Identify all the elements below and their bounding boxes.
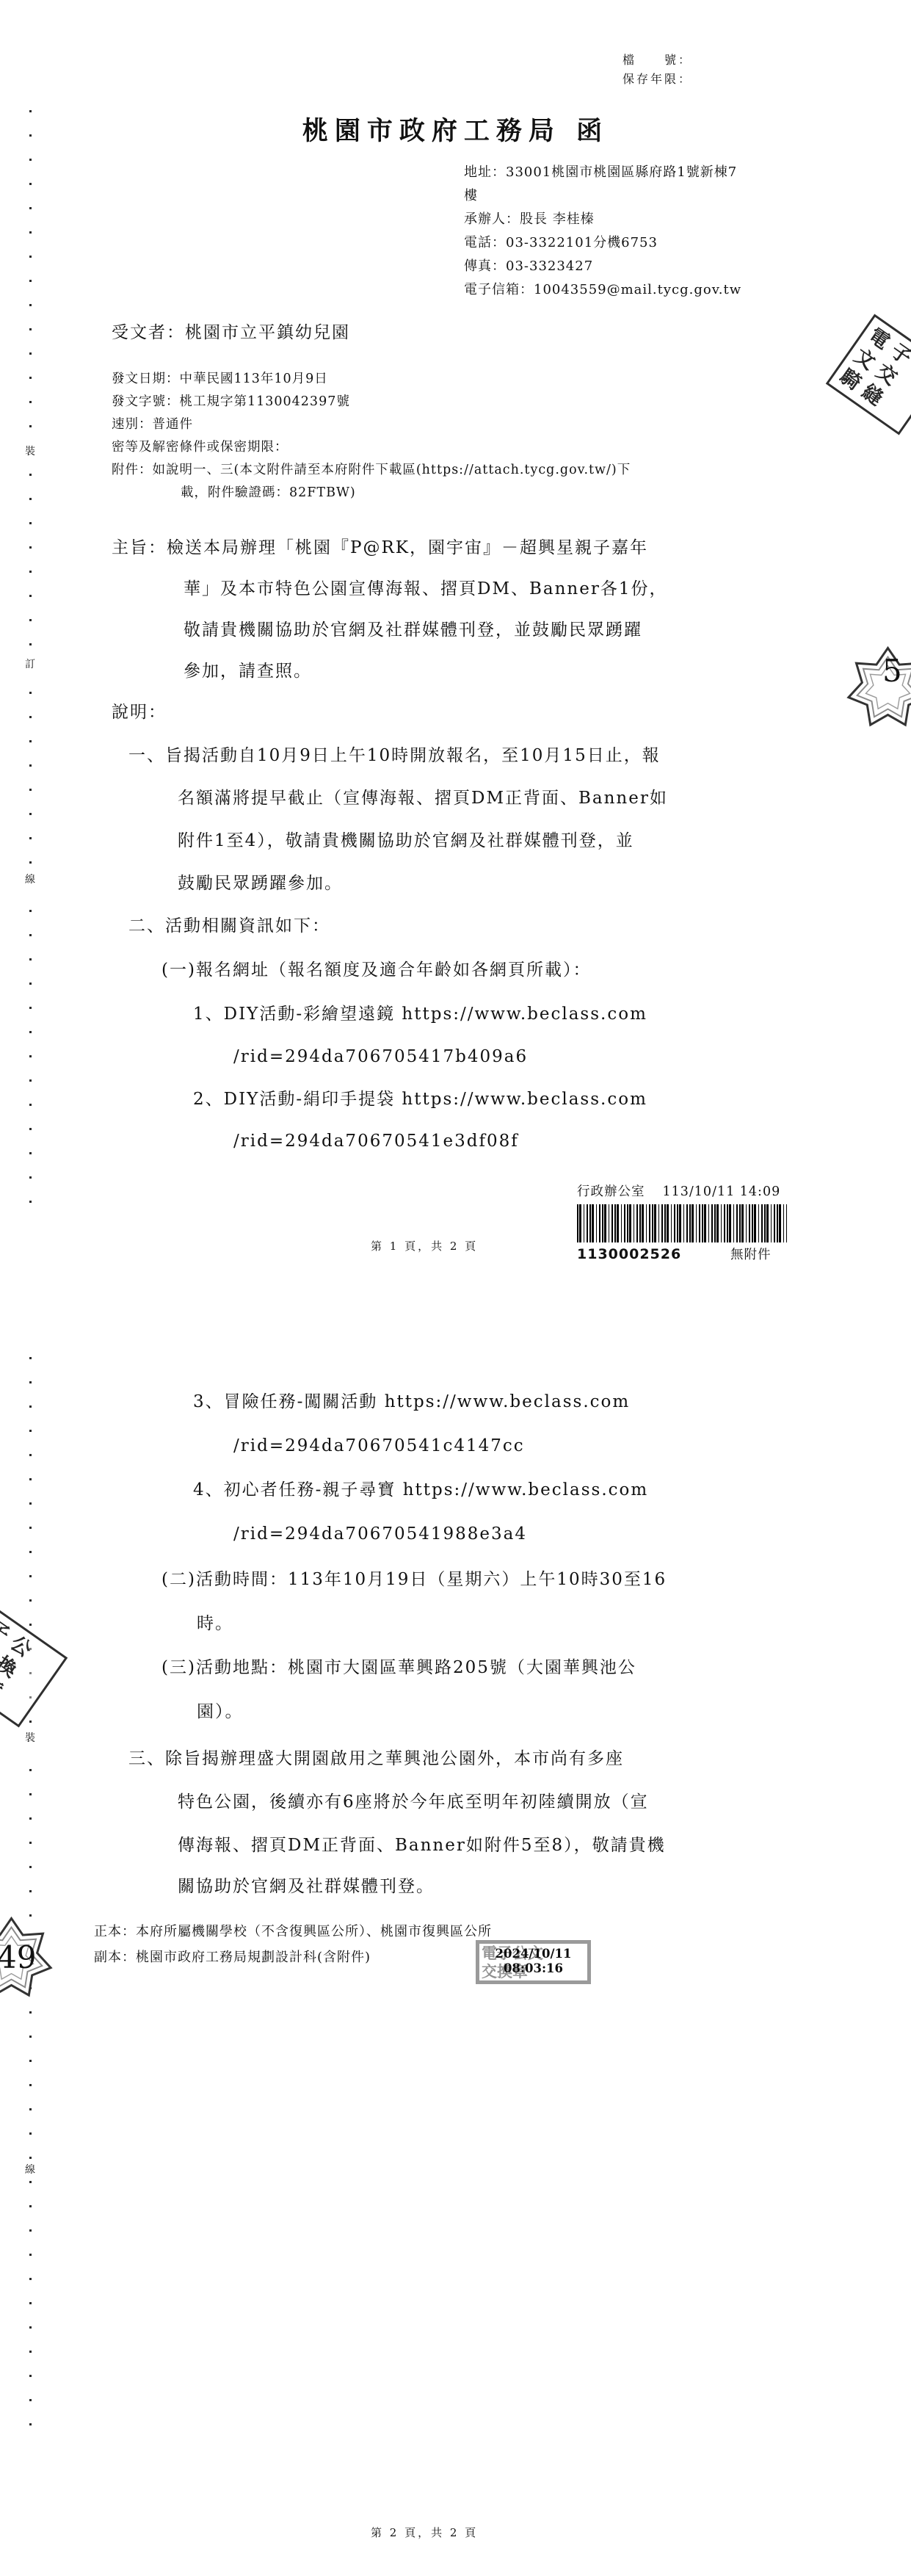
registration-link-line: 4、初心者任務-親子尋寶 https://www.beclass.com [193,1480,648,1501]
sender-email: 電子信箱：10043559@mail.tycg.gov.tw [464,282,741,298]
list-item-line: 特色公園，後續亦有6座將於今年底至明年初陸續開放（宣 [178,1792,649,1813]
registration-link-line: /rid=294da70670541e3df08f [233,1132,519,1152]
sender-fax: 傳真：03-3323427 [464,258,593,275]
list-item-line: 附件1至4），敬請貴機關協助於官網及社群媒體刊登，並 [178,831,634,852]
secrecy-line: 密等及解密條件或保密期限： [112,440,288,455]
speed-class-line: 速別：普通件 [112,417,193,433]
recipient-line: 受文者：桃園市立平鎮幼兒園 [112,323,350,344]
margin-label-binding-p1: 裝 [24,441,36,461]
ride-seam-seal-icon: 電 子 文 交 騎 縫 [826,314,911,435]
stamp-time: 08:03:16 [479,1961,587,1976]
registration-link-line: 3、冒險任務-闖關活動 https://www.beclass.com [193,1392,630,1413]
sender-address-line2: 樓 [464,188,478,204]
list-item-line: (一)報名網址（報名額度及適合年齡如各網頁所載）： [161,960,591,981]
list-item-line: 名額滿將提早截止（宣傳海報、摺頁DM正背面、Banner如 [178,789,668,809]
stamp-date: 2024/10/11 [479,1947,587,1961]
list-item-line: 三、除旨揭辦理盛大開園啟用之華興池公園外，本市尚有多座 [128,1749,624,1770]
footer-office: 行政辦公室 [577,1184,645,1200]
attachment-line1: 附件：如說明一、三(本文附件請至本府附件下載區(https://attach.t… [112,463,631,478]
margin-label-binding-p2: 裝 [24,1727,36,1748]
registration-link-line: 2、DIY活動-絹印手提袋 https://www.beclass.com [193,1090,647,1110]
footer-datetime: 113/10/11 14:09 [663,1184,781,1200]
list-item-line: 二、活動相關資訊如下： [128,916,330,937]
issue-number-line: 發文字號：桃工規字第1130042397號 [112,394,350,410]
document-scan: 裝 訂 線 裝 訂 線 檔 號： 保存年限： 桃園市政府工務局 函 地址：330… [0,0,911,2576]
registration-link-line: /rid=294da706705417b409a6 [233,1047,528,1068]
issue-date-line: 發文日期：中華民國113年10月9日 [112,372,328,387]
electronic-exchange-stamp: 電子公文 交換章 2024/10/11 08:03:16 [476,1940,591,1984]
subject-line: 敬請貴機關協助於官網及社群媒體刊登，並鼓勵民眾踴躍 [184,621,642,641]
margin-label-staple-p1: 訂 [24,654,36,674]
star-seal-icon: 5 [846,646,911,731]
list-item-line: 關協助於官網及社群媒體刊登。 [178,1877,435,1897]
attachment-line2: 載，附件驗證碼：82FTBW) [181,485,356,501]
document-title: 桃園市政府工務局 函 [0,116,911,147]
event-time-line: (二)活動時間：113年10月19日（星期六）上午10時30至16 [161,1570,667,1591]
subject-line: 主旨：檢送本局辦理「桃園『P@RK，園宇宙』－超興星親子嘉年 [112,538,648,559]
list-item-line: 一、旨揭活動自10月9日上午10時開放報名，至10月15日止，報 [128,746,661,767]
list-item-line: 鼓勵民眾踴躍參加。 [178,874,343,894]
star-seal-number: 49 [0,1939,36,1975]
original-copy-line: 正本：本府所屬機關學校（不含復興區公所）、桃園市復興區公所 [94,1924,492,1940]
carbon-copy-line: 副本：桃園市政府工務局規劃設計科(含附件) [94,1950,371,1966]
star-seal-icon: 49 [0,1917,54,2001]
sender-contact-name: 承辦人：股長 李桂榛 [464,211,595,228]
star-seal-number: 5 [882,653,902,689]
event-place-line: (三)活動地點：桃園市大園區華興路205號（大園華興池公 [161,1658,636,1679]
barcode-number: 1130002526 [577,1246,681,1263]
registration-link-line: /rid=294da70670541c4147cc [233,1436,525,1457]
document-barcode [577,1204,787,1242]
page-number-p1: 第 1 頁，共 2 頁 [371,1240,478,1253]
footer-office-time: 行政辦公室 113/10/11 14:09 [577,1184,780,1200]
subject-line: 華」及本市特色公園宣傳海報、摺頁DM、Banner各1份， [184,579,667,600]
registration-link-line: 1、DIY活動-彩繪望遠鏡 https://www.beclass.com [193,1005,647,1025]
no-attachment-note: 無附件 [730,1248,772,1263]
margin-label-line-p1: 線 [24,869,36,889]
sender-phone: 電話：03-3322101分機6753 [464,235,658,251]
event-place-line: 園）。 [197,1702,244,1723]
subject-line: 參加，請查照。 [184,662,312,682]
stamp-datetime: 2024/10/11 08:03:16 [479,1947,587,1976]
sender-address-line1: 地址：33001桃園市桃園區縣府路1號新棟7 [464,164,737,181]
registration-link-line: /rid=294da70670541988e3a4 [233,1524,527,1545]
ride-seam-seal-icon: 子 公 文 換 交 章 [0,1607,68,1728]
list-item-line: 傳海報、摺頁DM正背面、Banner如附件5至8），敬請貴機 [178,1836,666,1856]
binding-dotted-line-bottom [29,1357,32,2431]
retention-label: 保存年限： [623,72,692,86]
page-number-p2: 第 2 頁，共 2 頁 [371,2526,478,2539]
margin-label-line-p2: 線 [24,2159,36,2179]
explanation-heading: 說明： [112,703,167,723]
file-number-label: 檔 號： [623,53,692,67]
event-time-line: 時。 [197,1614,233,1635]
